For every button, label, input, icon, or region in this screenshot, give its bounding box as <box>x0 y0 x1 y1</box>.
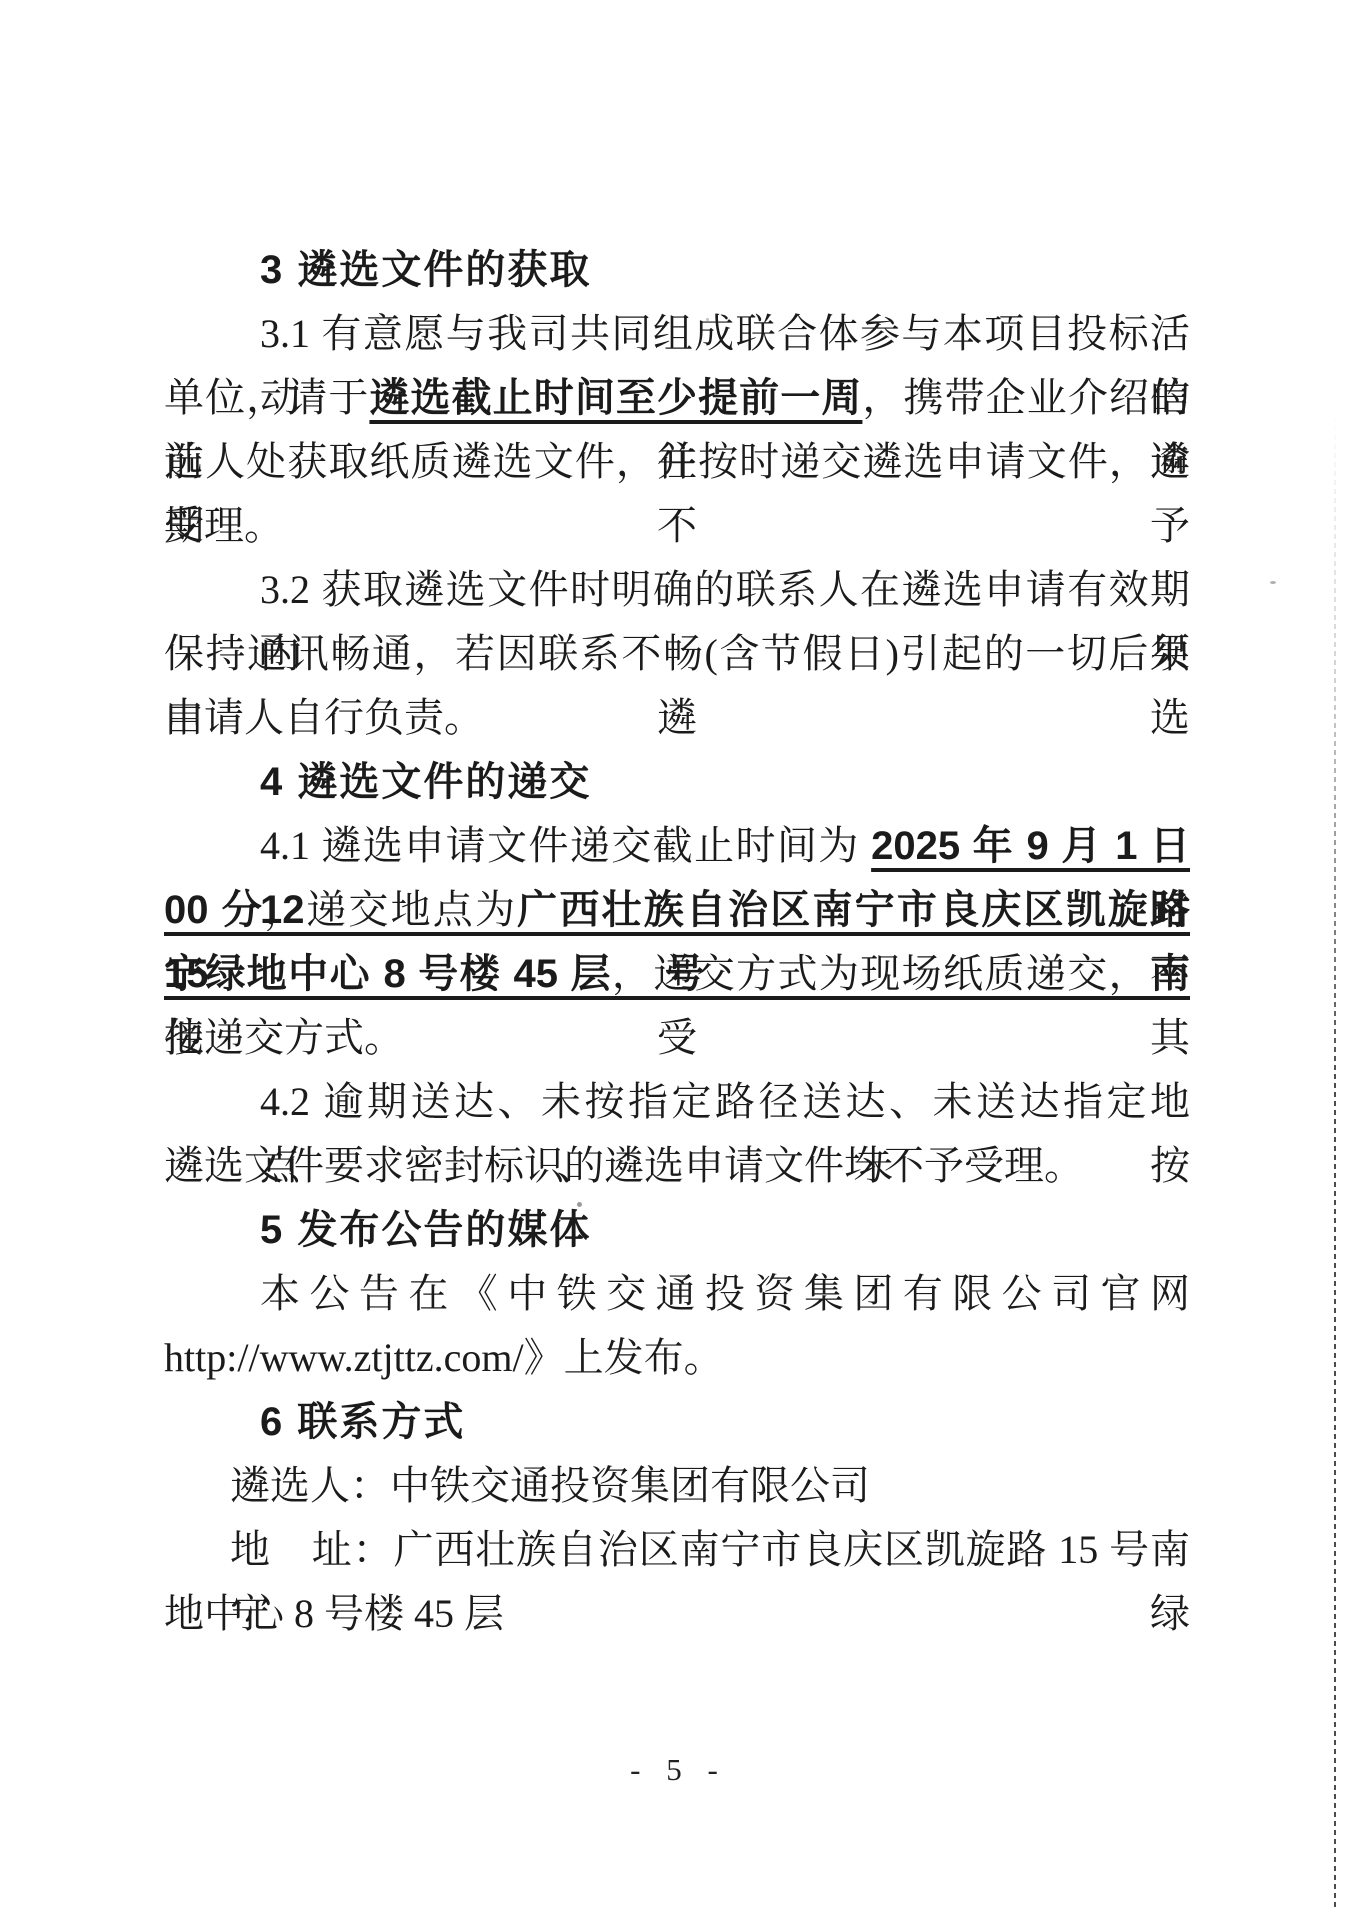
para-4-1-line-1: 4.1 遴选申请文件递交截止时间为 2025 年 9 月 1 日 12 时 <box>164 814 1190 878</box>
text-run: ，递交地点为 <box>264 887 517 932</box>
contact-person-line: 遴选人：中铁交通投资集团有限公司 <box>164 1454 1190 1518</box>
scan-speck <box>1270 581 1276 584</box>
scan-speck <box>577 1202 582 1207</box>
para-5-line-2-website: http://www.ztjttz.com/》上发布。 <box>164 1326 1190 1390</box>
scan-artifact-line <box>1334 408 1336 1909</box>
address-line-1: 地 址：广西壮族自治区南宁市良庆区凯旋路 15 号南宁绿 <box>164 1518 1190 1582</box>
para-3-1-line-2: 单位，请于遴选截止时间至少提前一周，携带企业介绍信前往遴 <box>164 366 1190 430</box>
para-4-2-line-2: 遴选文件要求密封标识的遴选申请文件均不予受理。 <box>164 1134 1190 1198</box>
bold-underline-run: 遴选截止时间至少提前一周 <box>369 376 862 420</box>
para-3-2-line-1: 3.2 获取遴选文件时明确的联系人在遴选申请有效期内须 <box>164 558 1190 622</box>
scan-speck <box>706 318 709 321</box>
text-run: 4.1 遴选申请文件递交截止时间为 <box>260 823 871 868</box>
para-3-1-line-3: 选人处获取纸质遴选文件，并按时递交遴选申请文件，逾期不予 <box>164 430 1190 494</box>
heading-section-4: 4 遴选文件的递交 <box>164 750 1190 814</box>
bold-underline-run: 宁绿地中心 8 号楼 45 层 <box>164 952 612 996</box>
para-3-2-line-2: 保持通讯畅通，若因联系不畅(含节假日)引起的一切后果由遴选 <box>164 622 1190 686</box>
scanned-document-page: 3 遴选文件的获取 3.1 有意愿与我司共同组成联合体参与本项目投标活动的 单位… <box>0 0 1350 1909</box>
heading-section-6: 6 联系方式 <box>164 1390 1190 1454</box>
page-number: - 5 - <box>0 1752 1350 1788</box>
para-4-1-line-3: 宁绿地中心 8 号楼 45 层，递交方式为现场纸质递交，不接受其 <box>164 942 1190 1006</box>
text-run: 单位，请于 <box>164 375 369 420</box>
para-3-1-line-1: 3.1 有意愿与我司共同组成联合体参与本项目投标活动的 <box>164 302 1190 366</box>
para-5-line-1: 本公告在《中铁交通投资集团有限公司官网 <box>164 1262 1190 1326</box>
bold-underline-run: 00 分 <box>164 888 264 932</box>
heading-section-3: 3 遴选文件的获取 <box>164 238 1190 302</box>
para-4-2-line-1: 4.2 逾期送达、未按指定路径送达、未送达指定地点、未按 <box>164 1070 1190 1134</box>
para-4-1-line-2: 00 分，递交地点为广西壮族自治区南宁市良庆区凯旋路 15 号南 <box>164 878 1190 942</box>
heading-section-5: 5 发布公告的媒体 <box>164 1198 1190 1262</box>
document-body: 3 遴选文件的获取 3.1 有意愿与我司共同组成联合体参与本项目投标活动的 单位… <box>164 238 1190 1646</box>
